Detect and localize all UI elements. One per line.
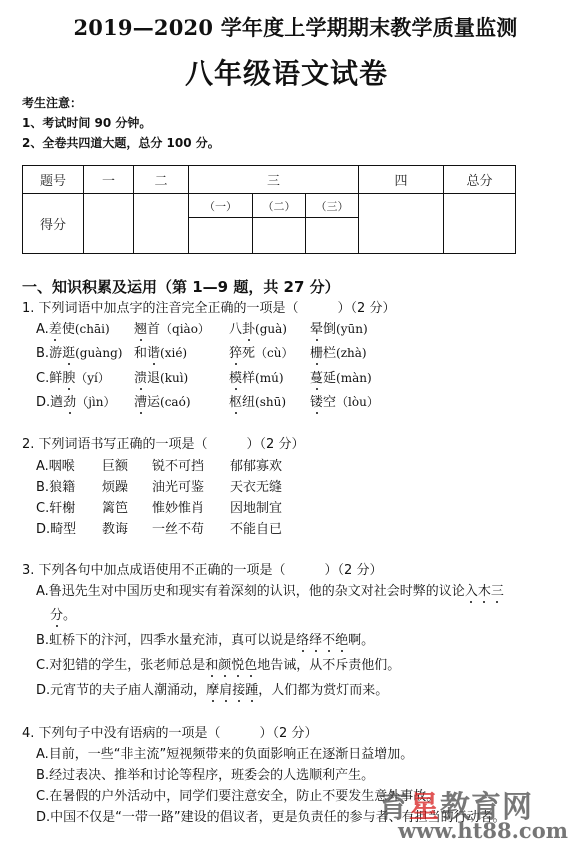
- notice-item-1: 1、考试时间 90 分钟。: [22, 114, 151, 131]
- score-cell-3-1[interactable]: [189, 218, 253, 254]
- column-3-header: 三: [189, 166, 359, 194]
- sub-column-3-1: （一）: [189, 194, 253, 218]
- score-cell-3-3[interactable]: [306, 218, 359, 254]
- notice-heading: 考生注意：: [22, 94, 82, 111]
- q2-option-b[interactable]: B.狼籍 烦躁 油光可鉴 天衣无缝: [36, 476, 75, 495]
- section-heading: 一、知识积累及运用（第 1—9 题，共 27 分）: [22, 276, 340, 297]
- exam-title: 2019—2020 学年度上学期期末教学质量监测: [0, 12, 573, 42]
- score-table: 题号 一 二 三 四 总分 得分 （一） （二） （三）: [22, 165, 516, 254]
- exam-subtitle: 八年级语文试卷: [0, 52, 573, 92]
- question-3-stem: 3. 下列各句中加点成语使用不正确的一项是（ ）（2 分）: [22, 559, 382, 578]
- q3-option-c[interactable]: C.对犯错的学生，张老师总是和颜悦色地告诫，从不斥责他们。: [36, 654, 400, 673]
- sub-column-3-2: （二）: [253, 194, 306, 218]
- question-1-stem: 1. 下列词语中加点字的注音完全正确的一项是（ ）（2 分）: [22, 297, 395, 316]
- total-header: 总分: [444, 166, 516, 194]
- q2-option-a[interactable]: A.咽喉 巨额 锐不可挡 郁郁寡欢: [36, 455, 75, 474]
- q3-option-a-cont: 分。: [50, 604, 76, 623]
- watermark-url: www.ht88.com: [398, 818, 568, 843]
- score-cell-2[interactable]: [134, 194, 189, 254]
- q4-option-b[interactable]: B.经过表决、推举和讨论等程序，班委会的人选顺利产生。: [36, 764, 374, 783]
- column-1-header: 一: [84, 166, 134, 194]
- question-2-stem: 2. 下列词语书写正确的一项是（ ）（2 分）: [22, 433, 304, 452]
- notice-item-2: 2、全卷共四道大题，总分 100 分。: [22, 134, 220, 151]
- q3-option-d[interactable]: D.元宵节的夫子庙人潮涌动，摩肩接踵，人们都为赏灯而来。: [36, 679, 388, 698]
- q2-option-c[interactable]: C.轩榭 篱笆 惟妙惟肖 因地制宜: [36, 497, 75, 516]
- question-4-stem: 4. 下列句子中没有语病的一项是（ ）（2 分）: [22, 722, 317, 741]
- column-2-header: 二: [134, 166, 189, 194]
- q1-option-c[interactable]: C.鲜腴（yí） 溃退(kuì) 模样(mú) 蔓延(màn): [36, 367, 110, 386]
- column-4-header: 四: [359, 166, 444, 194]
- q3-option-a[interactable]: A.鲁迅先生对中国历史和现实有着深刻的认识，他的杂文对社会时弊的议论入木三: [36, 580, 504, 599]
- q3-option-b[interactable]: B.虹桥下的汴河，四季水量充沛，真可以说是络绎不绝啊。: [36, 629, 374, 648]
- row-header-label: 题号: [23, 166, 84, 194]
- q1-option-d[interactable]: D.遒劲（jìn） 漕运(caó) 枢纽(shū) 镂空（lòu）: [36, 391, 115, 410]
- q1-option-b[interactable]: B.游逛(guàng) 和谐(xié) 猝死（cù） 栅栏(zhà): [36, 342, 122, 361]
- q2-option-d[interactable]: D.畸型 教诲 一丝不苟 不能自已: [36, 518, 76, 537]
- score-cell-4[interactable]: [359, 194, 444, 254]
- score-cell-1[interactable]: [84, 194, 134, 254]
- q4-option-a[interactable]: A.目前，一些“非主流”短视频带来的负面影响正在逐渐日益增加。: [36, 743, 413, 762]
- q1-option-a[interactable]: A.差使(chāi) 翘首（qiào） 八卦(guà) 晕倒(yūn): [36, 318, 110, 337]
- score-cell-3-2[interactable]: [253, 218, 306, 254]
- score-cell-total[interactable]: [444, 194, 516, 254]
- score-label: 得分: [23, 194, 84, 254]
- sub-column-3-3: （三）: [306, 194, 359, 218]
